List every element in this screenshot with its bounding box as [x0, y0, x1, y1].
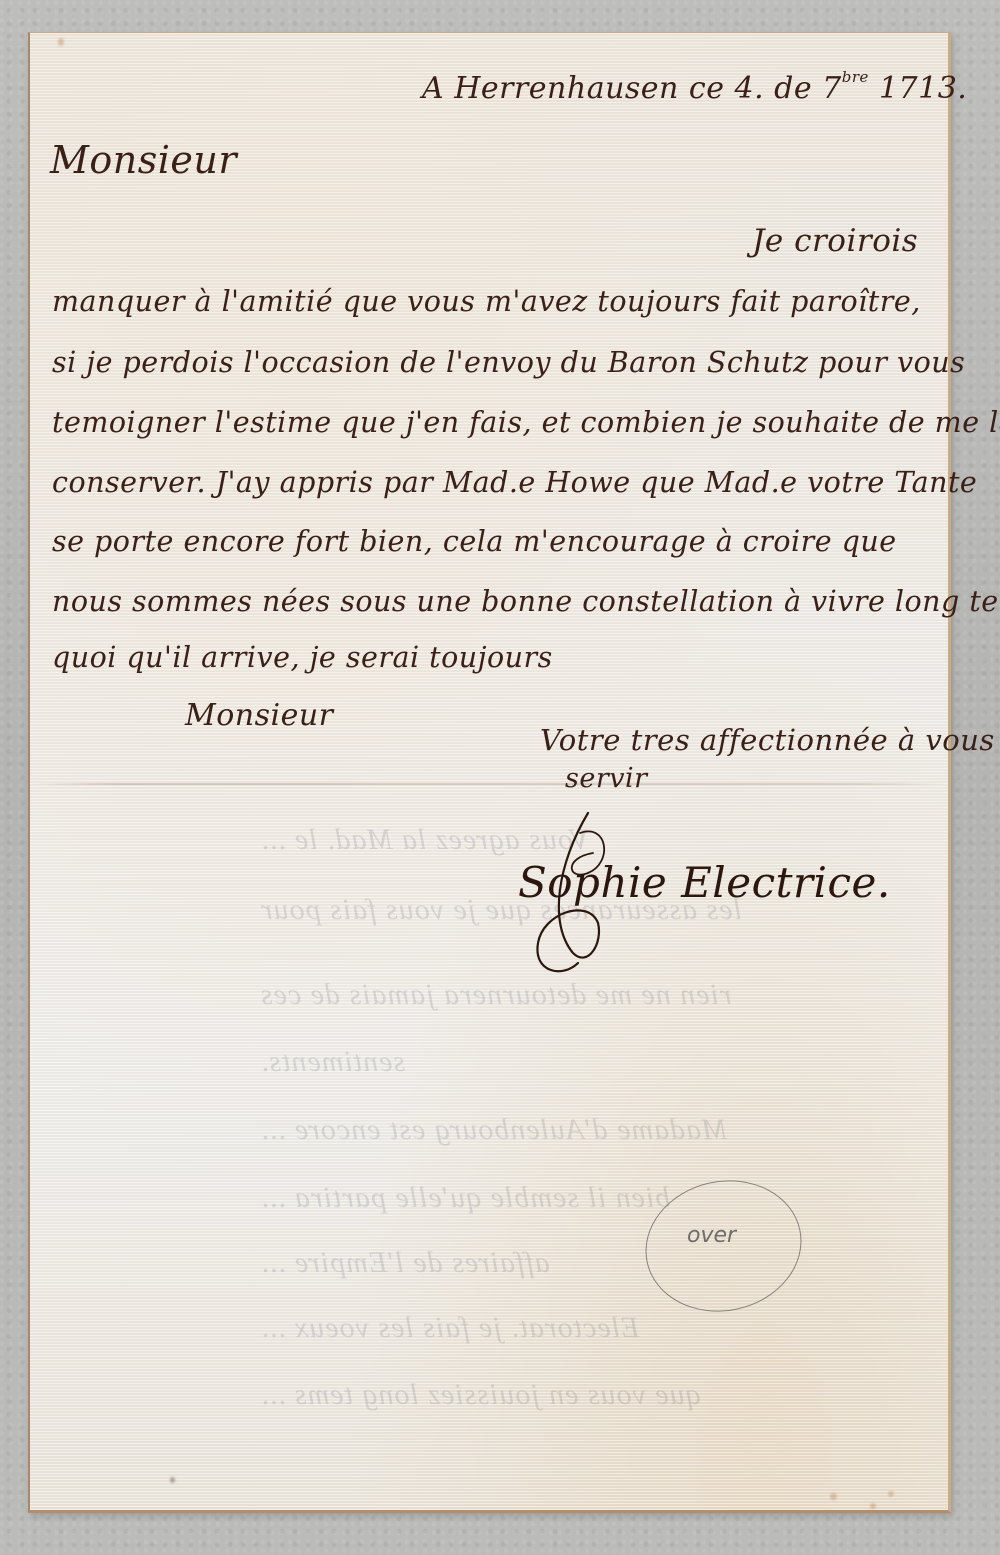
dateline-place-day: A Herrenhausen ce 4. de 7	[422, 71, 842, 106]
bleed-through-line: Madame d'Aulenbourg est encore ...	[260, 1113, 727, 1147]
dateline-month-superscript: bre	[842, 68, 869, 86]
letter-body-line: manquer à l'amitié que vous m'avez toujo…	[52, 285, 921, 318]
foxing-spot	[830, 1493, 837, 1500]
bleed-through-line: bien il semble qu'elle partira ...	[260, 1181, 670, 1215]
paper-fold-line	[30, 783, 948, 785]
letter-body-line: si je perdois l'occasion de l'envoy du B…	[52, 346, 965, 379]
bleed-through-line: sentiments.	[260, 1045, 405, 1079]
pencil-annotation: over	[687, 1223, 736, 1248]
letter-salutation: Monsieur	[50, 138, 237, 182]
dateline-year: 1713.	[869, 71, 967, 106]
foxing-spot	[870, 1503, 876, 1509]
letter-body-line: conserver. J'ay appris par Mad.e Howe qu…	[52, 466, 977, 499]
bleed-through-line: que vous en jouissiez long tems ...	[260, 1378, 701, 1412]
bleed-through-line: rien ne me detournera jamais de ces	[260, 978, 732, 1012]
foxing-spot	[888, 1491, 894, 1497]
closing-formula: Votre tres affectionnée à vous	[540, 723, 995, 757]
letter-body-line: Je croirois	[752, 223, 918, 259]
letter-body-line: se porte encore fort bien, cela m'encour…	[52, 525, 897, 558]
bleed-through-line: affaires de l'Empire ...	[260, 1246, 550, 1280]
closing-salutation: Monsieur	[185, 698, 334, 733]
foxing-spot	[58, 38, 64, 46]
foxing-spot	[170, 1477, 175, 1483]
bleed-through-line: Electorat. je fais les voeux ...	[260, 1311, 639, 1345]
letter-sheet: Vous agreez la Mad. le ... les asseuranc…	[28, 32, 951, 1513]
letter-body-line: temoigner l'estime que j'en fais, et com…	[52, 406, 1000, 439]
signature: Sophie Electrice.	[518, 858, 891, 907]
closing-formula-continuation: servir	[565, 763, 648, 794]
letter-dateline: A Herrenhausen ce 4. de 7bre 1713.	[422, 68, 967, 106]
letter-body-line: quoi qu'il arrive, je serai toujours	[52, 641, 553, 674]
letter-body-line: nous sommes nées sous une bonne constell…	[52, 585, 1000, 618]
